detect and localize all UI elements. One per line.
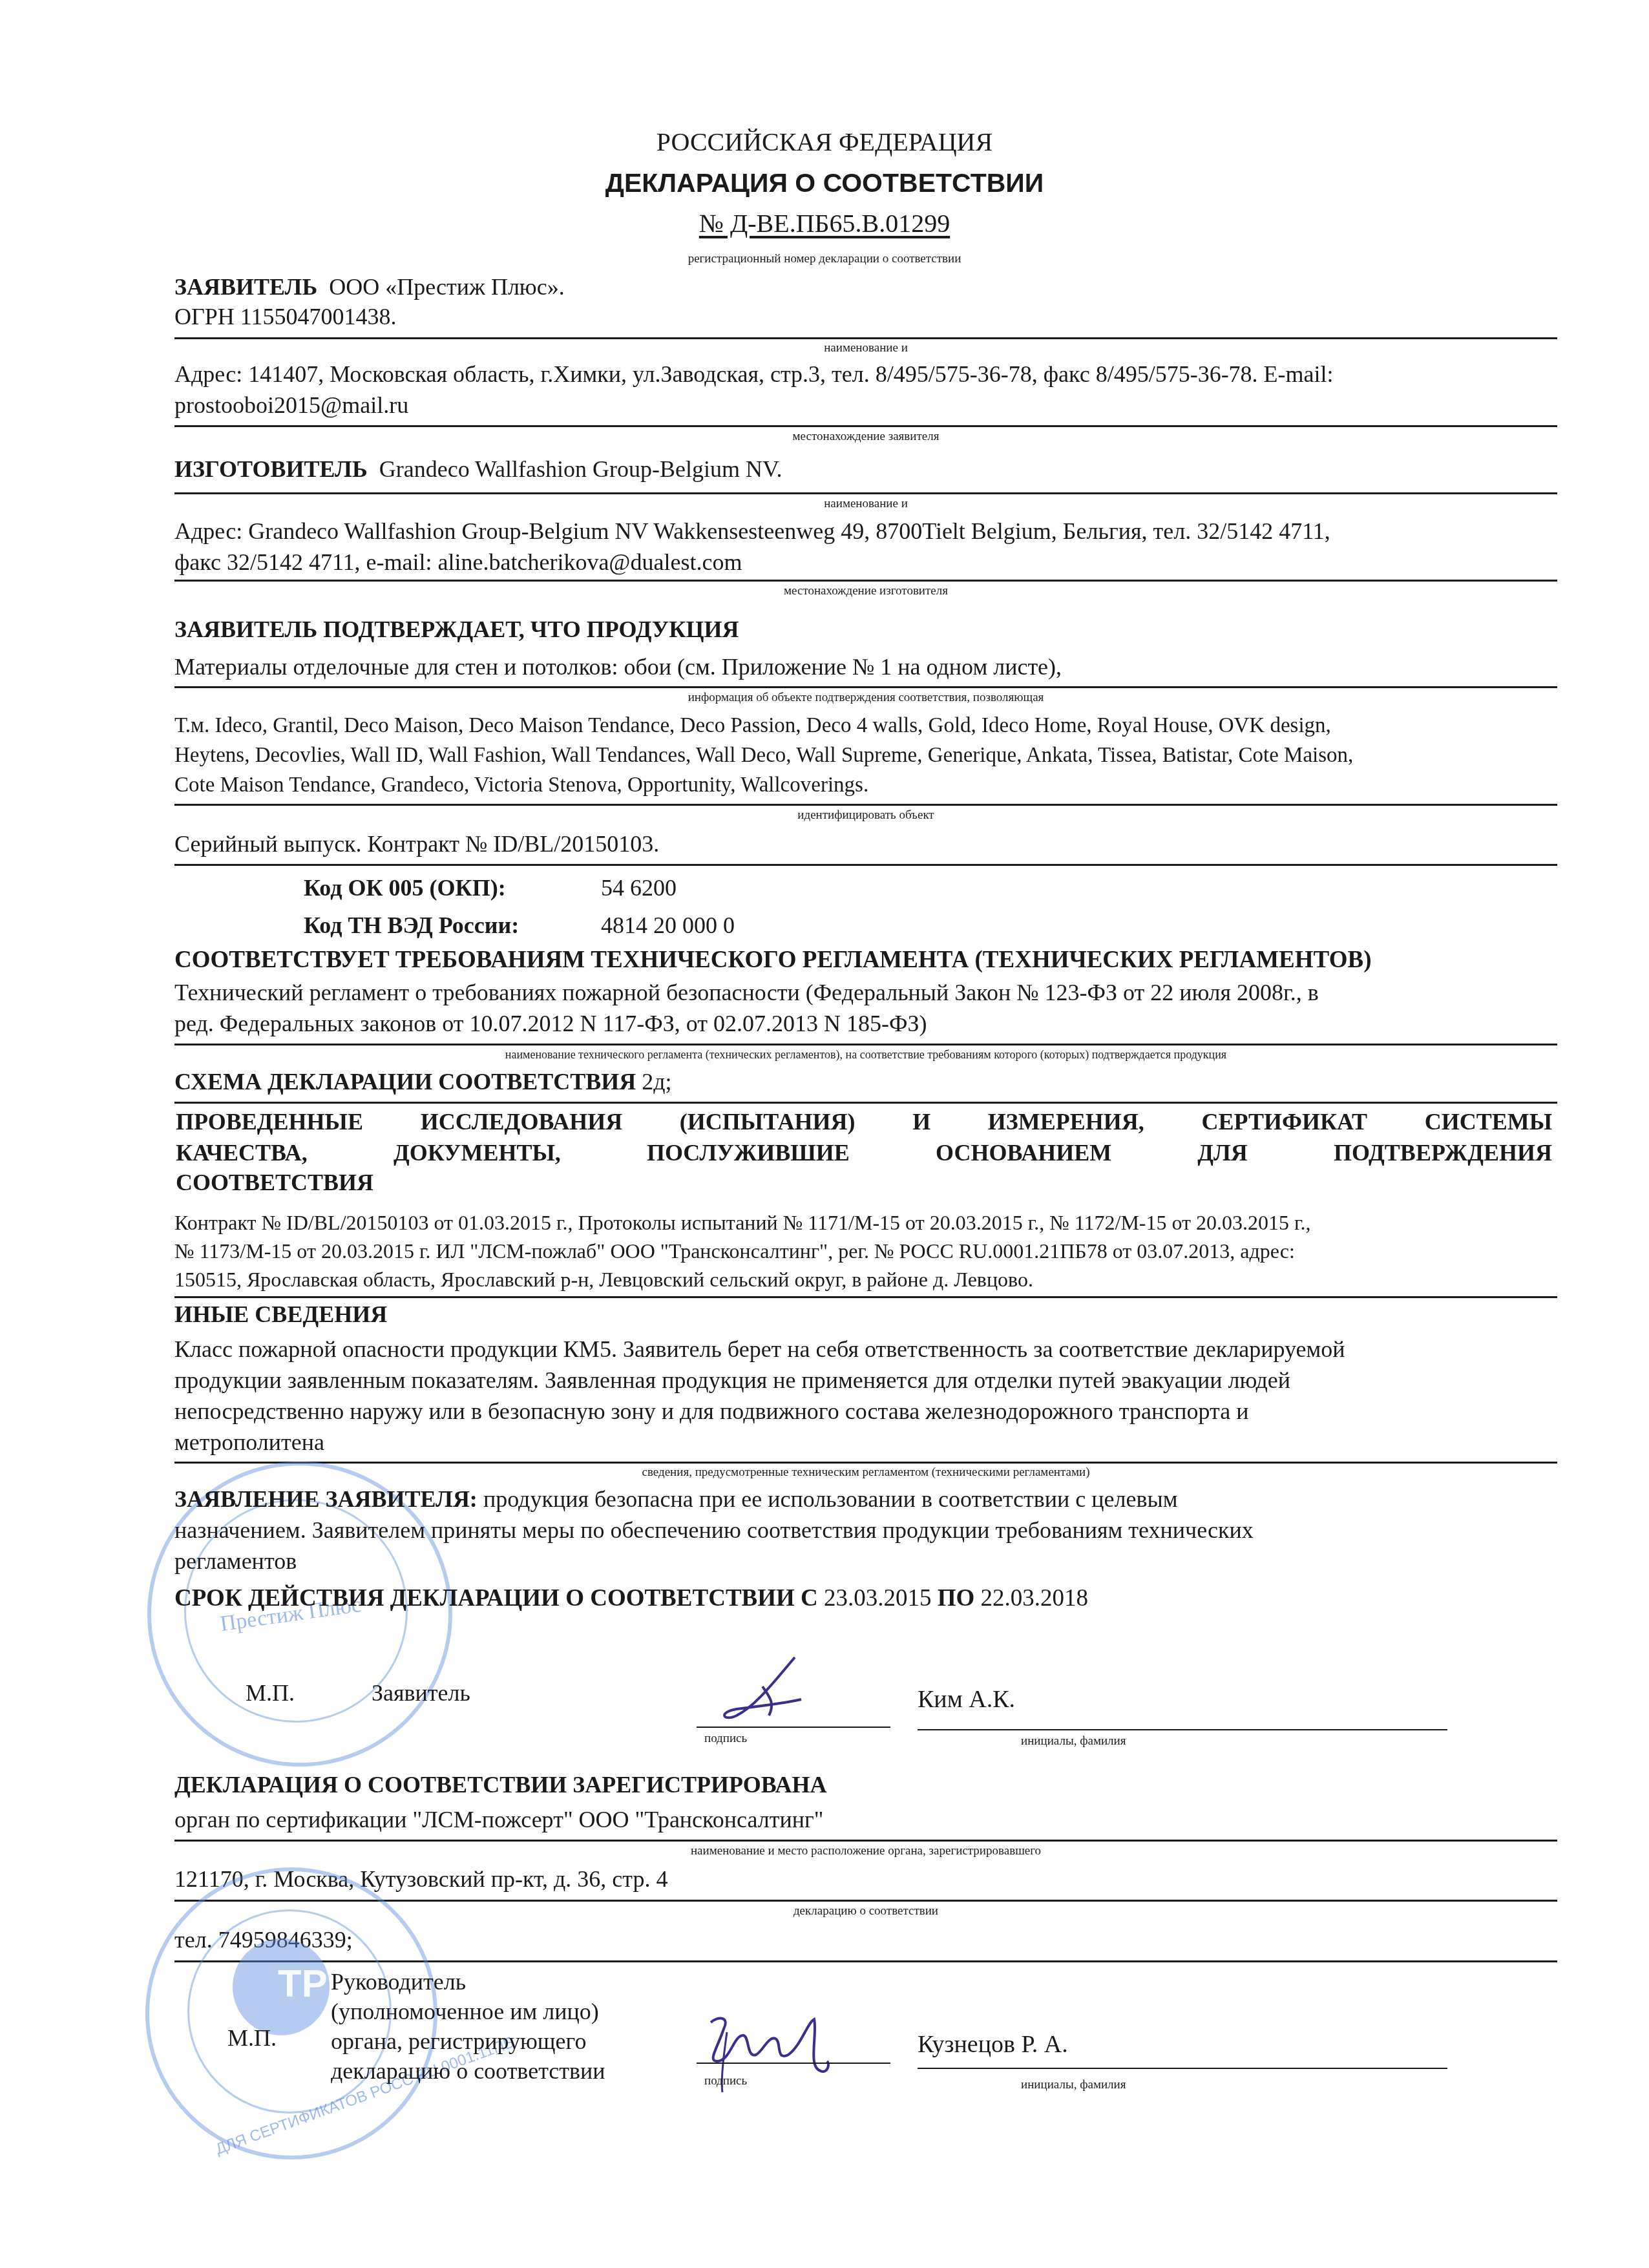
regulation-heading: СООТВЕТСТВУЕТ ТРЕБОВАНИЯМ ТЕХНИЧЕСКОГО Р… xyxy=(174,945,1372,976)
research-heading-line1: ПРОВЕДЕННЫЕ ИССЛЕДОВАНИЯ (ИСПЫТАНИЯ) И И… xyxy=(176,1106,1552,1137)
validity-from: 23.03.2015 xyxy=(824,1585,932,1612)
registration-body-caption: наименование и место расположение органа… xyxy=(174,1844,1557,1858)
applicant-address-caption: местонахождение заявителя xyxy=(174,430,1557,444)
applicant-signature xyxy=(698,1654,827,1725)
applicant-role: Заявитель xyxy=(372,1677,470,1708)
brands-line3: Cote Maison Tendance, Grandeco, Victoria… xyxy=(174,770,868,800)
registrar-signature-caption: подпись xyxy=(704,2074,747,2088)
divider xyxy=(174,1840,1557,1842)
registrar-name-line xyxy=(918,2068,1447,2069)
registrar-signature-line xyxy=(697,2063,890,2064)
brands-line1: Т.м. Ideco, Grantil, Deco Maison, Deco M… xyxy=(174,711,1331,740)
manufacturer-address-line2: факс 32/5142 4711, e-mail: aline.batcher… xyxy=(174,547,742,578)
divider xyxy=(174,864,1557,866)
registrar-role-line4: декларацию о соответствии xyxy=(331,2056,605,2086)
other-heading: ИНЫЕ СВЕДЕНИЯ xyxy=(174,1299,387,1330)
registrar-signer-name: Кузнецов Р. А. xyxy=(918,2029,1068,2060)
manufacturer-address-line1: Адрес: Grandeco Wallfashion Group-Belgiu… xyxy=(174,516,1330,547)
research-line2: № 1173/М-15 от 20.03.2015 г. ИЛ "ЛСМ-пож… xyxy=(174,1237,1295,1265)
research-heading-line3: СООТВЕТСТВИЯ xyxy=(176,1167,1552,1198)
registration-heading: ДЕКЛАРАЦИЯ О СООТВЕТСТВИИ ЗАРЕГИСТРИРОВА… xyxy=(174,1769,827,1800)
applicant-signature-caption: подпись xyxy=(704,1732,747,1746)
validity-line: СРОК ДЕЙСТВИЯ ДЕКЛАРАЦИИ О СООТВЕТСТВИИ … xyxy=(174,1583,1088,1614)
registrar-mp: М.П. xyxy=(227,2022,277,2053)
registrar-role-line3: органа, регистрирующего xyxy=(331,2026,586,2056)
applicant-line: ЗАЯВИТЕЛЬ ООО «Престиж Плюс». xyxy=(174,271,565,302)
registration-body: орган по сертификации "ЛСМ-пожсерт" ООО … xyxy=(174,1804,823,1835)
scheme-label: СХЕМА ДЕКЛАРАЦИИ СООТВЕТСТВИЯ xyxy=(174,1069,636,1095)
manufacturer-line: ИЗГОТОВИТЕЛЬ Grandeco Wallfashion Group-… xyxy=(174,454,782,485)
applicant-label: ЗАЯВИТЕЛЬ xyxy=(174,274,317,300)
code-okp: Код ОК 005 (ОКП):54 6200 xyxy=(304,872,677,903)
brands-line2: Heytens, Decovlies, Wall ID, Wall Fashio… xyxy=(174,740,1353,770)
brands-caption: идентифицировать объект xyxy=(174,808,1557,823)
research-heading-line2: КАЧЕСТВА, ДОКУМЕНТЫ, ПОСЛУЖИВШИЕ ОСНОВАН… xyxy=(176,1137,1552,1168)
research-line3: 150515, Ярославская область, Ярославский… xyxy=(174,1265,1033,1294)
product-description-caption: информация об объекте подтверждения соот… xyxy=(174,691,1557,705)
applicant-signer-name: Ким А.К. xyxy=(918,1684,1015,1715)
divider xyxy=(174,1102,1557,1104)
declaration-page: РОССИЙСКАЯ ФЕДЕРАЦИЯ ДЕКЛАРАЦИЯ О СООТВЕ… xyxy=(0,0,1649,2268)
country-heading: РОССИЙСКАЯ ФЕДЕРАЦИЯ xyxy=(0,127,1649,157)
applicant-mp: М.П. xyxy=(246,1677,295,1708)
other-line3: непосредственно наружу или в безопасную … xyxy=(174,1396,1248,1427)
manufacturer-address-caption: местонахождение изготовителя xyxy=(174,584,1557,598)
divider xyxy=(174,580,1557,582)
code-okp-label: Код ОК 005 (ОКП): xyxy=(304,872,601,903)
divider xyxy=(174,1296,1557,1298)
applicant-address-line1: Адрес: 141407, Московская область, г.Хим… xyxy=(174,359,1334,390)
regulation-caption: наименование технического регламента (те… xyxy=(174,1048,1557,1062)
other-line4: метрополитена xyxy=(174,1427,324,1458)
scheme-value: 2д; xyxy=(642,1069,671,1095)
other-caption: сведения, предусмотренные техническим ре… xyxy=(174,1465,1557,1480)
divider xyxy=(174,1044,1557,1045)
divider xyxy=(174,492,1557,494)
regulation-line1: Технический регламент о требованиях пожа… xyxy=(174,977,1319,1008)
divider xyxy=(174,337,1557,339)
document-title: ДЕКЛАРАЦИЯ О СООТВЕТСТВИИ xyxy=(0,168,1649,198)
code-tnved-value: 4814 20 000 0 xyxy=(601,912,735,938)
code-tnved-label: Код ТН ВЭД России: xyxy=(304,910,601,941)
applicant-name-caption: инициалы, фамилия xyxy=(1021,1734,1126,1748)
applicant-signature-line xyxy=(697,1727,890,1728)
product-heading: ЗАЯВИТЕЛЬ ПОДТВЕРЖДАЕТ, ЧТО ПРОДУКЦИЯ xyxy=(174,614,739,645)
number-caption: регистрационный номер декларации о соотв… xyxy=(0,252,1649,266)
scheme-line: СХЕМА ДЕКЛАРАЦИИ СООТВЕТСТВИЯ 2д; xyxy=(174,1066,672,1097)
divider xyxy=(174,686,1557,688)
product-description: Материалы отделочные для стен и потолков… xyxy=(174,651,1062,682)
statement-line3: регламентов xyxy=(174,1546,297,1577)
registrar-role-line1: Руководитель xyxy=(331,1967,466,1997)
manufacturer-name-caption: наименование и xyxy=(174,497,1557,511)
applicant-name-caption: наименование и xyxy=(174,341,1557,355)
applicant-ogrn: ОГРН 1155047001438. xyxy=(174,301,397,332)
statement-line2: назначением. Заявителем приняты меры по … xyxy=(174,1515,1254,1546)
code-okp-value: 54 6200 xyxy=(601,875,677,901)
registrar-stamp-logo: ТР xyxy=(278,1961,328,2006)
validity-to-label: ПО xyxy=(938,1585,975,1612)
divider xyxy=(174,804,1557,806)
statement-label: ЗАЯВЛЕНИЕ ЗАЯВИТЕЛЯ: xyxy=(174,1486,478,1512)
registrar-name-caption: инициалы, фамилия xyxy=(1021,2078,1126,2092)
manufacturer-name: Grandeco Wallfashion Group-Belgium NV. xyxy=(379,456,782,482)
divider xyxy=(174,1462,1557,1464)
applicant-name-line xyxy=(918,1729,1447,1730)
statement-line1: ЗАЯВЛЕНИЕ ЗАЯВИТЕЛЯ: продукция безопасна… xyxy=(174,1484,1178,1515)
applicant-email: prostooboi2015@mail.ru xyxy=(174,390,408,421)
divider xyxy=(174,425,1557,427)
declaration-number: № Д-ВЕ.ПБ65.В.01299 xyxy=(0,208,1649,238)
manufacturer-label: ИЗГОТОВИТЕЛЬ xyxy=(174,456,368,482)
research-line1: Контракт № ID/BL/20150103 от 01.03.2015 … xyxy=(174,1208,1311,1237)
applicant-name: ООО «Престиж Плюс». xyxy=(329,274,565,300)
validity-to: 22.03.2018 xyxy=(981,1585,1089,1612)
serial-release: Серийный выпуск. Контракт № ID/BL/201501… xyxy=(174,828,659,859)
other-line2: продукции заявленным показателям. Заявле… xyxy=(174,1365,1290,1396)
validity-label: СРОК ДЕЙСТВИЯ ДЕКЛАРАЦИИ О СООТВЕТСТВИИ … xyxy=(174,1585,818,1612)
code-tnved: Код ТН ВЭД России:4814 20 000 0 xyxy=(304,910,735,941)
regulation-line2: ред. Федеральных законов от 10.07.2012 N… xyxy=(174,1008,927,1039)
other-line1: Класс пожарной опасности продукции КМ5. … xyxy=(174,1334,1345,1365)
registrar-role-line2: (уполномоченное им лицо) xyxy=(331,1997,599,2026)
